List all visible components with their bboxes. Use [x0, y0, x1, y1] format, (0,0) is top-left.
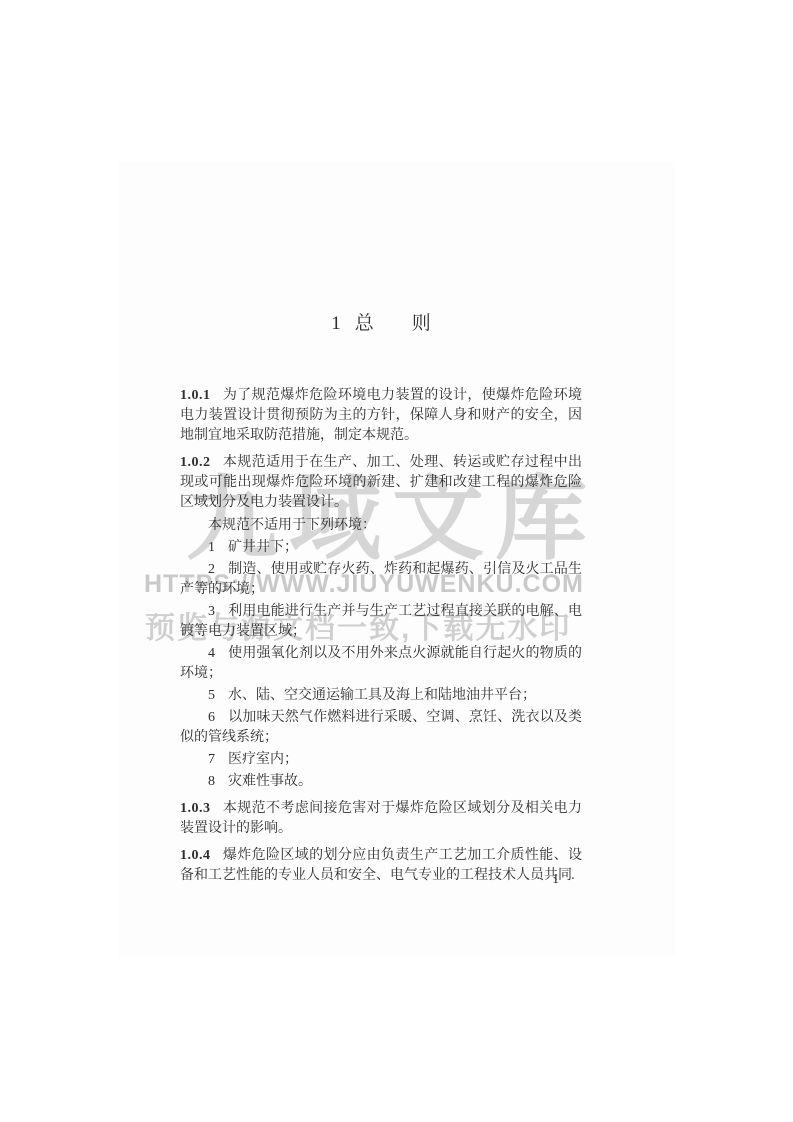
list-item-1: 1矿井井下； [180, 538, 582, 558]
clause-number: 1.0.2 [180, 455, 211, 470]
list-item-number: 7 [208, 752, 215, 767]
scope-exclusion-intro: 本规范不适用于下列环境： [180, 516, 582, 536]
list-item-text: 矿井井下； [228, 540, 298, 555]
clause-1-0-4: 1.0.4爆炸危险区域的划分应由负责生产工艺加工介质性能、设备和工艺性能的专业人… [180, 846, 582, 886]
list-item-number: 1 [208, 540, 215, 555]
clause-1-0-1: 1.0.1为了规范爆炸危险环境电力装置的设计，使爆炸危险环境电力装置设计贯彻预防… [180, 386, 582, 446]
list-item-text: 医疗室内； [228, 752, 298, 767]
list-item-7: 7医疗室内； [180, 750, 582, 770]
list-item-text: 制造、使用或贮存火药、炸药和起爆药、引信及火工品生产等的环境； [180, 562, 582, 597]
clause-1-0-3: 1.0.3本规范不考虑间接危害对于爆炸危险区域划分及相关电力装置设计的影响。 [180, 799, 582, 839]
list-item-number: 2 [208, 562, 215, 577]
clause-1-0-2: 1.0.2本规范适用于在生产、加工、处理、转运或贮存过程中出现或可能出现爆炸危险… [180, 453, 582, 513]
list-item-8: 8灾难性事故。 [180, 772, 582, 792]
clause-text: 爆炸危险区域的划分应由负责生产工艺加工介质性能、设备和工艺性能的专业人员和安全、… [180, 848, 582, 883]
list-item-text: 灾难性事故。 [228, 774, 312, 789]
list-item-text: 利用电能进行生产并与生产工艺过程直接关联的电解、电镀等电力装置区域； [180, 604, 582, 639]
list-item-text: 水、陆、空交通运输工具及海上和陆地油井平台； [228, 688, 536, 703]
clause-number: 1.0.4 [180, 848, 211, 863]
clause-number: 1.0.1 [180, 388, 211, 403]
clause-text: 为了规范爆炸危险环境电力装置的设计，使爆炸危险环境电力装置设计贯彻预防为主的方针… [180, 388, 582, 443]
list-item-text: 使用强氧化剂以及不用外来点火源就能自行起火的物质的环境； [180, 646, 582, 681]
list-item-number: 4 [208, 646, 215, 661]
list-item-text: 以加味天然气作燃料进行采暖、空调、烹饪、洗衣以及类似的管线系统； [180, 710, 582, 745]
clause-text: 本规范适用于在生产、加工、处理、转运或贮存过程中出现或可能出现爆炸危险环境的新建… [180, 455, 582, 510]
chapter-title: 1总 则 [180, 312, 582, 336]
list-item-2: 2制造、使用或贮存火药、炸药和起爆药、引信及火工品生产等的环境； [180, 560, 582, 600]
list-item-number: 6 [208, 710, 215, 725]
list-item-6: 6以加味天然气作燃料进行采暖、空调、烹饪、洗衣以及类似的管线系统； [180, 708, 582, 748]
clause-text: 本规范不考虑间接危害对于爆炸危险区域划分及相关电力装置设计的影响。 [180, 801, 582, 836]
document-page: 九域文库 HTTPS://WWW.JIUYUWENKU.COM 预览与源文档一致… [0, 0, 793, 1122]
chapter-number: 1 [331, 313, 341, 334]
list-item-number: 3 [208, 604, 215, 619]
list-item-4: 4使用强氧化剂以及不用外来点火源就能自行起火的物质的环境； [180, 644, 582, 684]
list-item-number: 5 [208, 688, 215, 703]
page-number: · 1 · [536, 872, 579, 888]
page-content: 1总 则 1.0.1为了规范爆炸危险环境电力装置的设计，使爆炸危险环境电力装置设… [180, 312, 582, 886]
list-item-3: 3利用电能进行生产并与生产工艺过程直接关联的电解、电镀等电力装置区域； [180, 602, 582, 642]
list-item-number: 8 [208, 774, 215, 789]
clause-number: 1.0.3 [180, 801, 211, 816]
chapter-name: 总 则 [355, 313, 431, 334]
list-item-5: 5水、陆、空交通运输工具及海上和陆地油井平台； [180, 686, 582, 706]
